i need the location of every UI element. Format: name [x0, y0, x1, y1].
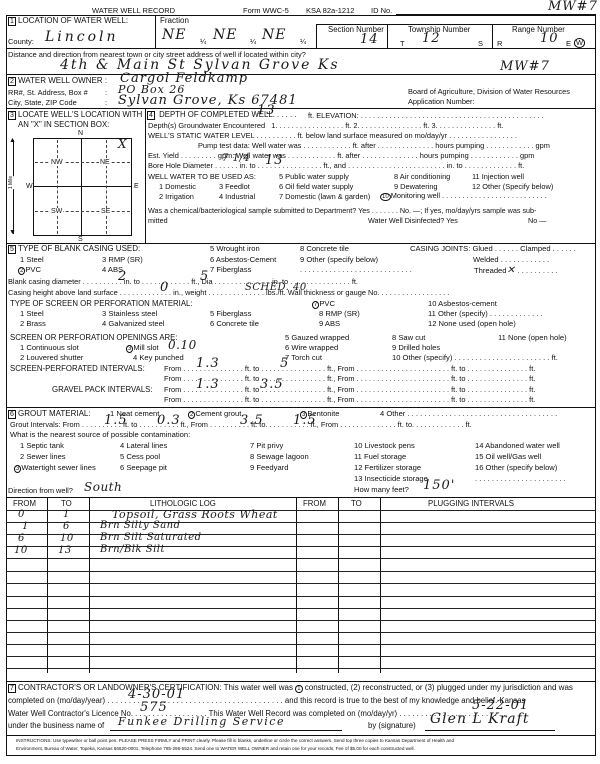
screen-6[interactable]: 6 Concrete tile — [210, 320, 259, 328]
section2-label: WATER WELL OWNER : — [18, 76, 107, 85]
form-number: Form WWC-5 — [243, 7, 289, 15]
casing-1[interactable]: 1 Steel — [20, 256, 44, 264]
divider — [33, 186, 132, 187]
elevation-label: ft. ELEVATION: . . . . . . . . . . . . .… — [308, 112, 543, 119]
address-label: RR#, St. Address, Box # — [8, 89, 88, 96]
id-label: ID No. — [371, 7, 392, 15]
log-header-plugging: PLUGGING INTERVALS — [428, 500, 514, 508]
divider — [6, 558, 596, 559]
section5-number: 5 — [8, 245, 16, 254]
city-label: City, State, ZIP Code — [8, 99, 77, 106]
opening-10[interactable]: 10 Other (specify) . . . . . . . . . . .… — [392, 354, 558, 362]
fraction-label: Fraction — [160, 17, 189, 25]
screen-12[interactable]: 12 None used (open hole) — [428, 320, 516, 328]
location-mark[interactable]: X — [118, 138, 128, 150]
business-underline — [110, 730, 342, 731]
section-box[interactable] — [33, 138, 132, 236]
casing-7[interactable]: 7 Fiberglass — [210, 266, 251, 274]
signature-label: by (signature) — [368, 722, 416, 730]
completed-line: completed on (mo/day/year) . . . . . . .… — [8, 697, 525, 705]
casing-9[interactable]: 9 Other (specify below) — [300, 256, 378, 264]
divider — [316, 24, 596, 25]
quarter-1: ¼ — [200, 38, 206, 45]
contam-label: What is the nearest source of possible c… — [10, 431, 190, 439]
contam-other-dots: . . . . . . . . . . . . . . . . . . . . … — [475, 475, 566, 483]
divider — [6, 74, 596, 75]
divider — [6, 571, 596, 572]
opening-5[interactable]: 5 Gauzed wrapped — [285, 334, 349, 342]
cert-circled-option[interactable]: 1 — [295, 685, 302, 693]
casing-8[interactable]: 8 Concrete tile — [300, 245, 349, 253]
opening-6[interactable]: 6 Wire wrapped — [285, 344, 338, 352]
range-r: R — [497, 40, 502, 48]
se-label: SE — [100, 208, 111, 215]
log-desc[interactable]: Topsoil, Grass Roots Wheat — [112, 509, 278, 520]
use-3[interactable]: 3 Feedlot — [219, 183, 250, 190]
log-header-from: FROM — [13, 500, 36, 508]
log-from[interactable]: 10 — [14, 546, 28, 556]
grout-to-2[interactable]: 1.5 — [293, 414, 317, 427]
gravel-to-value[interactable]: 3.5 — [260, 378, 284, 391]
divider — [6, 407, 596, 408]
divider — [6, 583, 596, 584]
township-t: T — [400, 40, 405, 48]
distance-value[interactable]: 4th & Main St Sylvan Grove Ks — [60, 58, 340, 72]
sw-label: SW — [50, 208, 63, 215]
log-from[interactable]: 0 — [18, 510, 25, 520]
gravel-interval-2: From . . . . . . . . . . . . . . . ft. t… — [164, 396, 535, 403]
mill-slot-value[interactable]: 0.10 — [168, 339, 197, 351]
disinfected: Water Well Disinfected? Yes — [368, 217, 458, 224]
casing-height-value[interactable]: 0 — [160, 281, 169, 294]
grout-from-2[interactable]: 3.5 — [240, 414, 264, 427]
screen-interval-1: From . . . . . . . . . . . . . . . ft. t… — [164, 365, 535, 372]
log-header-lithologic: LITHOLOGIC LOG — [150, 500, 216, 508]
casing-5[interactable]: 5 Wrought iron — [210, 245, 260, 253]
contam-11[interactable]: 11 Fuel storage — [354, 453, 406, 461]
casing-6[interactable]: 6 Asbestos-Cement — [210, 256, 276, 264]
section5-label: TYPE OF BLANK CASING USED: — [18, 244, 140, 253]
section6-heading: 6GROUT MATERIAL: — [8, 410, 91, 419]
township-value[interactable]: 12 — [422, 32, 441, 45]
south: S — [78, 236, 83, 243]
contam-15[interactable]: 15 Oil well/Gas well — [475, 453, 541, 461]
divider — [316, 24, 317, 48]
arrow-down-icon: ▼ — [9, 229, 16, 236]
section4-number: 4 — [147, 111, 155, 120]
range-value[interactable]: 10 — [540, 32, 559, 45]
divider — [6, 108, 596, 109]
licence-value[interactable]: 575 — [140, 701, 168, 714]
divider — [6, 48, 596, 49]
city-colon: : — [105, 99, 107, 106]
screen-9[interactable]: 9 ABS — [319, 320, 340, 328]
divider — [6, 632, 596, 633]
section1-heading: 1LOCATION OF WATER WELL: — [8, 17, 128, 26]
use-10-selected[interactable]: 10Monitoring well . . . . . . . . . . . … — [380, 192, 547, 201]
grout-to-1[interactable]: 0.3 — [157, 414, 181, 427]
business-value[interactable]: Funkee Drilling Service — [118, 716, 285, 727]
divider — [145, 108, 146, 243]
screen-11[interactable]: 11 Other (specify) . . . . . . . . . . .… — [428, 310, 543, 318]
static-label: WELL'S STATIC WATER LEVEL . . . . . . . … — [148, 132, 517, 139]
range-e: E — [566, 40, 571, 48]
welded: Welded . . . . . . . . . . . . — [473, 256, 549, 264]
east: E — [134, 183, 139, 190]
sample-line: Was a chemical/bacteriological sample su… — [148, 207, 536, 214]
divider — [57, 140, 58, 234]
screen-1[interactable]: 1 Steel — [20, 310, 44, 318]
log-to[interactable]: 6 — [63, 522, 70, 532]
section-number-value[interactable]: 14 — [360, 33, 379, 46]
section3-label: LOCATE WELL'S LOCATION WITH — [18, 110, 142, 119]
screen-8[interactable]: 8 RMP (SR) — [319, 310, 360, 318]
screen-from-value[interactable]: 1.3 — [196, 357, 220, 370]
log-header-to2: TO — [351, 500, 362, 508]
log-header-to: TO — [61, 500, 72, 508]
gw-label: Depth(s) Groundwater Encountered 1. . . … — [148, 122, 503, 129]
mile-label: 1 Mile — [9, 176, 14, 189]
log-from[interactable]: 1 — [22, 522, 29, 532]
screen-to-value[interactable]: 5 — [280, 357, 289, 370]
divider — [6, 681, 596, 682]
pump-test: Pump test data: Well water was . . . . .… — [198, 142, 550, 149]
range-w-circled[interactable]: W — [574, 38, 585, 48]
divider — [6, 656, 596, 657]
section1-number: 1 — [8, 17, 16, 26]
board-text: Board of Agriculture, Division of Water … — [408, 88, 570, 95]
section3-number: 3 — [8, 111, 16, 120]
address-colon: : — [105, 89, 107, 96]
fraction-3[interactable]: NE — [262, 28, 286, 42]
cert-label: CONTRACTOR'S OR LANDOWNER'S CERTIFICATIO… — [18, 683, 222, 692]
grout-2-selected[interactable]: 2Cement grout — [188, 410, 241, 419]
id-value[interactable]: MW#7 — [548, 0, 598, 13]
screen-4[interactable]: 4 Galvanized steel — [102, 320, 164, 328]
north: N — [78, 130, 83, 137]
divider — [387, 24, 388, 48]
opening-8[interactable]: 8 Saw cut — [392, 334, 425, 342]
ne-label: NE — [99, 159, 111, 166]
bore-to-value[interactable]: 13 — [265, 154, 284, 167]
use-1[interactable]: 1 Domestic — [159, 183, 196, 190]
divider — [6, 735, 596, 736]
form-title: WATER WELL RECORD — [92, 7, 175, 15]
mitted: mitted — [148, 217, 168, 224]
gravel-interval-1: From . . . . . . . . . . . . . . . ft. t… — [164, 386, 535, 393]
use-4[interactable]: 4 Industrial — [219, 193, 255, 200]
grout-from-1[interactable]: 1.5 — [104, 414, 128, 427]
contam-3-selected[interactable]: 3Watertight sewer lines — [14, 464, 96, 473]
screen-5[interactable]: 5 Fiberglass — [210, 310, 251, 318]
divider — [89, 497, 90, 673]
use-8[interactable]: 8 Air conditioning — [394, 173, 450, 180]
use-5[interactable]: 5 Public water supply — [279, 173, 349, 180]
use-9[interactable]: 9 Dewatering — [394, 183, 438, 190]
divider — [6, 668, 596, 669]
divider — [6, 510, 596, 511]
section1-label: LOCATION OF WATER WELL: — [18, 16, 128, 25]
feet-label: How many feet? — [354, 486, 409, 494]
opening-1[interactable]: 1 Continuous slot — [20, 344, 79, 352]
divider — [380, 497, 381, 673]
blank-dia-value[interactable]: 2 — [118, 270, 127, 283]
divider — [6, 522, 596, 523]
gravel-from-value[interactable]: 1.3 — [196, 378, 220, 391]
application-label: Application Number: — [408, 98, 475, 105]
screen-intervals-label: SCREEN-PERFORATED INTERVALS: — [10, 365, 145, 373]
instructions-line1: INSTRUCTIONS: Use typewriter or ball poi… — [16, 739, 454, 744]
quarter-3: ¼ — [300, 38, 306, 45]
section6-label: GROUT MATERIAL: — [18, 409, 91, 418]
statute: KSA 82a-1212 — [306, 7, 354, 15]
divider — [6, 596, 596, 597]
contam-7[interactable]: 7 Pit privy — [250, 442, 283, 450]
screen-2[interactable]: 2 Brass — [20, 320, 46, 328]
section2-heading: 2WATER WELL OWNER : — [8, 77, 107, 86]
screen-label: TYPE OF SCREEN OR PERFORATION MATERIAL: — [10, 300, 193, 308]
signature[interactable]: Glen L Kraft — [430, 712, 529, 726]
log-desc[interactable]: Brn/Blk Silt — [100, 545, 165, 555]
log-header-from2: FROM — [303, 500, 326, 508]
blank-to-value[interactable]: 5 — [200, 270, 209, 283]
divider — [6, 620, 596, 621]
screen-3[interactable]: 3 Stainless steel — [102, 310, 157, 318]
section7-heading: 7CONTRACTOR'S OR LANDOWNER'S CERTIFICATI… — [8, 684, 573, 693]
weight-value[interactable]: SCHED. 40 — [245, 283, 307, 293]
divider — [6, 546, 596, 547]
est-yield: Est. Yield . . . . . . . . . gpm: Well w… — [148, 152, 534, 159]
divider — [106, 140, 107, 234]
signature-underline — [425, 730, 555, 731]
arrow-up-icon: ▲ — [9, 137, 16, 144]
contam-10[interactable]: 10 Livestock pens — [354, 442, 415, 450]
county-label: County: — [8, 38, 34, 46]
contam-9[interactable]: 9 Feedyard — [250, 464, 288, 472]
nw-label: NW — [50, 159, 64, 166]
fraction-2[interactable]: NE — [213, 28, 237, 42]
contam-13[interactable]: 13 Insecticide storage — [354, 475, 428, 483]
gravel-label: GRAVEL PACK INTERVALS: — [52, 386, 153, 394]
bore-hole: Bore Hole Diameter . . . . . . in. to . … — [148, 162, 524, 169]
feet-value[interactable]: 150' — [423, 479, 455, 492]
depth-label: DEPTH OF COMPLETED WELL — [159, 110, 273, 119]
screen-interval-2: From . . . . . . . . . . . . . . . ft. t… — [164, 375, 535, 382]
use-10-circle: 10 — [380, 193, 391, 201]
section5-heading: 5TYPE OF BLANK CASING USED: — [8, 245, 140, 254]
log-to[interactable]: 1 — [63, 510, 70, 520]
section7-number: 7 — [8, 684, 16, 693]
log-desc[interactable]: Brn Silty Sand — [100, 521, 181, 531]
disinfected-no: No — — [528, 217, 546, 224]
casing-joints: CASING JOINTS: Glued . . . . . . Clamped… — [410, 245, 576, 253]
opening-4[interactable]: 4 Key punched — [133, 354, 184, 362]
distance-note[interactable]: MW#7 — [500, 60, 550, 73]
contam-14[interactable]: 14 Abandoned water well — [475, 442, 560, 450]
depth-value[interactable]: 13 — [257, 104, 276, 117]
use-7[interactable]: 7 Domestic (lawn & garden) — [279, 193, 370, 200]
contam-16[interactable]: 16 Other (specify below) — [475, 464, 557, 472]
opening-11[interactable]: 11 None (open hole) — [498, 334, 567, 342]
casing-3[interactable]: 3 RMP (SR) — [102, 256, 143, 264]
contam-2[interactable]: 2 Sewer lines — [20, 453, 66, 461]
section2-number: 2 — [8, 77, 16, 86]
use-2[interactable]: 2 Irrigation — [159, 193, 194, 200]
contam-8[interactable]: 8 Sewage lagoon — [250, 453, 309, 461]
quarter-2: ¼ — [250, 38, 256, 45]
range-w: W — [574, 38, 585, 48]
business-label: under the business name of — [8, 722, 104, 730]
west: W — [26, 183, 33, 190]
use-label: WELL WATER TO BE USED AS: — [148, 173, 256, 180]
divider — [47, 497, 48, 673]
divider — [296, 497, 297, 673]
contam-12[interactable]: 12 Fertilizer storage — [354, 464, 421, 472]
screen-7-selected[interactable]: 7PVC — [312, 300, 335, 309]
opening-3-selected[interactable]: 3Mill slot — [126, 344, 159, 353]
contam-4[interactable]: 4 Lateral lines — [120, 442, 167, 450]
divider — [6, 497, 596, 498]
instructions-line2: Environment, Bureau of Water, Topeka, Ka… — [16, 747, 415, 752]
divider — [492, 24, 493, 48]
log-to[interactable]: 10 — [60, 534, 74, 544]
divider — [6, 644, 596, 645]
use-11[interactable]: 11 Injection well — [472, 173, 524, 180]
section3-heading: 3LOCATE WELL'S LOCATION WITH — [8, 111, 142, 120]
section6-number: 6 — [8, 410, 16, 419]
openings-label: SCREEN OR PERFORATION OPENINGS ARE: — [10, 334, 178, 342]
divider — [155, 15, 156, 48]
casing-2-selected[interactable]: 2PVC — [18, 266, 41, 275]
opening-7[interactable]: 7 Torch cut — [285, 354, 322, 362]
township-s: S — [478, 40, 483, 48]
divider — [6, 608, 596, 609]
county-value[interactable]: Lincoln — [45, 30, 119, 44]
direction-label: Direction from well? — [8, 487, 73, 494]
log-from[interactable]: 6 — [18, 534, 25, 544]
bore-value[interactable]: 7 1/4 — [222, 154, 250, 164]
divider — [6, 534, 596, 535]
screen-10[interactable]: 10 Asbestos-cement — [428, 300, 497, 308]
divider — [81, 138, 82, 236]
threaded: Threaded✕ . . . . . . . . . . — [474, 266, 558, 276]
opening-2[interactable]: 2 Louvered shutter — [20, 354, 83, 362]
contam-1[interactable]: 1 Septic tank — [20, 442, 64, 450]
use-12[interactable]: 12 Other (Specify below) — [472, 183, 553, 190]
use-6[interactable]: 6 Oil field water supply — [279, 183, 353, 190]
casing-height: Casing height above land surface . . . .… — [8, 289, 449, 296]
casing-dots: . . . . . . . . . . . . . . . . . . . . … — [300, 266, 412, 274]
grout-4[interactable]: 4 Other . . . . . . . . . . . . . . . . … — [380, 410, 557, 418]
log-desc[interactable]: Brn Silt Saturated — [100, 533, 202, 543]
log-to[interactable]: 13 — [58, 546, 72, 556]
contam-5[interactable]: 5 Cess pool — [120, 453, 160, 461]
section3-label2: AN "X" IN SECTION BOX: — [18, 121, 109, 129]
direction-value[interactable]: South — [84, 481, 122, 493]
contam-6[interactable]: 6 Seepage pit — [120, 464, 167, 472]
opening-9[interactable]: 9 Drilled holes — [392, 344, 440, 352]
divider — [338, 497, 339, 673]
fraction-1[interactable]: NE — [162, 28, 186, 42]
